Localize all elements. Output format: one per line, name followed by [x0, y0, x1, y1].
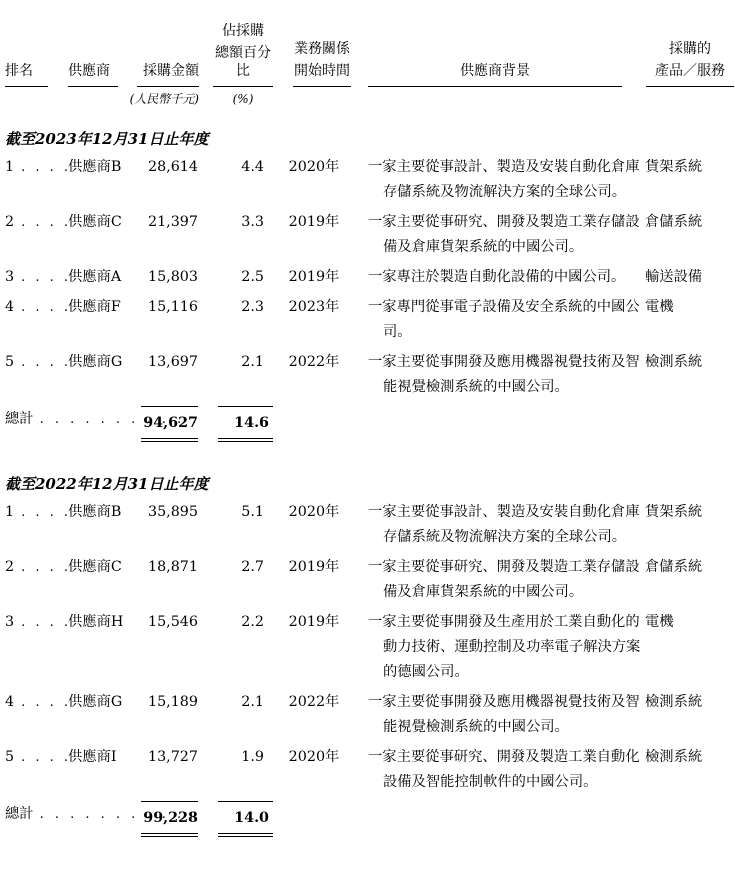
total-amount-cell: 94,627: [141, 406, 199, 442]
supplier-cell: 供應商A: [66, 265, 141, 290]
percentage-cell: 2.2: [199, 610, 273, 635]
table-row: 4. . . . 供應商F 15,116 2.3 2023年 一家專門從事電子設…: [5, 295, 735, 345]
rank-number: 2: [5, 214, 14, 230]
product-header-line2: 產品／服務: [646, 62, 734, 87]
table-row: 5. . . . 供應商G 13,697 2.1 2022年 一家主要從事開發及…: [5, 350, 735, 400]
total-label: 總計: [5, 806, 34, 822]
rank-header-cell: 排名: [5, 62, 66, 87]
rank-cell: 1. . . .: [5, 155, 66, 180]
section-title-2023: 截至2023年12月31日止年度: [5, 127, 735, 151]
rank-number: 4: [5, 299, 14, 315]
rank-cell: 2. . . .: [5, 555, 66, 580]
background-cell: 一家主要從事研究、開發及製造工業存儲設備及倉庫貨架系統的中國公司。: [355, 210, 643, 260]
total-row-2023: 總計. . . . . . . . . . . 94,627 14.6: [5, 406, 735, 442]
supplier-cell: 供應商H: [66, 610, 141, 635]
total-amount-value: 99,228: [141, 801, 198, 837]
rank-number: 4: [5, 694, 14, 710]
supplier-cell: 供應商B: [66, 500, 141, 525]
background-cell: 一家主要從事開發及應用機器視覺技術及智能視覺檢測系統的中國公司。: [355, 350, 643, 400]
amount-cell: 15,546: [141, 610, 199, 635]
amount-unit-cell: (人民幣千元): [141, 91, 199, 107]
percentage-cell: 2.5: [199, 265, 273, 290]
background-header-cell: 供應商背景: [355, 62, 643, 87]
supplier-cell: 供應商I: [66, 745, 141, 770]
supplier-header-cell: 供應商: [66, 62, 141, 87]
amount-header-label: 採購金額: [137, 62, 199, 87]
table-row: 1. . . . 供應商B 35,895 5.1 2020年 一家主要從事設計、…: [5, 500, 735, 550]
table-row: 3. . . . 供應商H 15,546 2.2 2019年 一家主要從事開發及…: [5, 610, 735, 685]
supplier-cell: 供應商G: [66, 690, 141, 715]
amount-unit-label: (人民幣千元): [130, 91, 199, 107]
amount-cell: 35,895: [141, 500, 199, 525]
amount-cell: 21,397: [141, 210, 199, 235]
product-cell: 電機: [643, 610, 735, 635]
rank-cell: 2. . . .: [5, 210, 66, 235]
rank-cell: 5. . . .: [5, 350, 66, 375]
total-amount-value: 94,627: [141, 406, 198, 442]
rank-cell: 4. . . .: [5, 295, 66, 320]
rank-cell: 1. . . .: [5, 500, 66, 525]
total-percentage-cell: 14.6: [199, 406, 273, 442]
rank-leader-dots: . . . .: [21, 355, 71, 370]
relationship-start-cell: 2022年: [273, 350, 355, 375]
background-cell: 一家專注於製造自動化設備的中國公司。: [355, 265, 643, 290]
supplier-cell: 供應商B: [66, 155, 141, 180]
rank-number: 3: [5, 614, 14, 630]
product-cell: 檢測系統: [643, 350, 735, 375]
amount-cell: 15,116: [141, 295, 199, 320]
relationship-start-cell: 2023年: [273, 295, 355, 320]
amount-cell: 13,727: [141, 745, 199, 770]
relationship-header-line2: 開始時間: [293, 62, 351, 87]
table-row: 4. . . . 供應商G 15,189 2.1 2022年 一家主要從事開發及…: [5, 690, 735, 740]
table-row: 1. . . . 供應商B 28,614 4.4 2020年 一家主要從事設計、…: [5, 155, 735, 205]
total-amount-cell: 99,228: [141, 801, 199, 837]
rank-leader-dots: . . . .: [21, 505, 71, 520]
relationship-start-cell: 2019年: [273, 265, 355, 290]
rank-number: 3: [5, 269, 14, 285]
total-percentage-value: 14.0: [218, 801, 273, 837]
background-cell: 一家主要從事設計、製造及安裝自動化倉庫存儲系統及物流解決方案的全球公司。: [355, 155, 643, 205]
rank-leader-dots: . . . .: [21, 695, 71, 710]
product-cell: 貨架系統: [643, 500, 735, 525]
rank-number: 2: [5, 559, 14, 575]
rank-leader-dots: . . . .: [21, 270, 71, 285]
background-cell: 一家主要從事設計、製造及安裝自動化倉庫存儲系統及物流解決方案的全球公司。: [355, 500, 643, 550]
background-cell: 一家主要從事開發及應用機器視覺技術及智能視覺檢測系統的中國公司。: [355, 690, 643, 740]
amount-cell: 15,189: [141, 690, 199, 715]
background-cell: 一家主要從事研究、開發及製造工業自動化設備及智能控制軟件的中國公司。: [355, 745, 643, 795]
total-row-2022: 總計. . . . . . . . . . . 99,228 14.0: [5, 801, 735, 837]
rank-cell: 4. . . .: [5, 690, 66, 715]
total-label-cell: 總計. . . . . . . . . . .: [5, 802, 141, 837]
section-title-2022: 截至2022年12月31日止年度: [5, 472, 735, 496]
amount-cell: 15,803: [141, 265, 199, 290]
amount-header-cell: 採購金額: [141, 62, 199, 87]
supplier-cell: 供應商G: [66, 350, 141, 375]
product-cell: 檢測系統: [643, 690, 735, 715]
rank-leader-dots: . . . .: [21, 560, 71, 575]
total-label-cell: 總計. . . . . . . . . . .: [5, 407, 141, 442]
percentage-cell: 4.4: [199, 155, 273, 180]
supplier-cell: 供應商C: [66, 210, 141, 235]
percentage-cell: 1.9: [199, 745, 273, 770]
supplier-cell: 供應商F: [66, 295, 141, 320]
rank-number: 5: [5, 749, 14, 765]
table-unit-row: (人民幣千元) (%): [5, 91, 735, 107]
percentage-cell: 2.1: [199, 350, 273, 375]
percentage-header-line2: 總額百分比: [213, 44, 273, 87]
table-row: 2. . . . 供應商C 21,397 3.3 2019年 一家主要從事研究、…: [5, 210, 735, 260]
product-cell: 檢測系統: [643, 745, 735, 770]
percentage-header-cell: 佔採購 總額百分比: [199, 22, 273, 87]
percentage-cell: 3.3: [199, 210, 273, 235]
amount-cell: 13,697: [141, 350, 199, 375]
relationship-start-cell: 2019年: [273, 610, 355, 635]
relationship-header-line1: 業務關係: [293, 40, 351, 62]
table-row: 5. . . . 供應商I 13,727 1.9 2020年 一家主要從事研究、…: [5, 745, 735, 795]
table-row: 2. . . . 供應商C 18,871 2.7 2019年 一家主要從事研究、…: [5, 555, 735, 605]
percentage-cell: 2.7: [199, 555, 273, 580]
rank-leader-dots: . . . .: [21, 750, 71, 765]
relationship-start-cell: 2020年: [273, 155, 355, 180]
amount-cell: 28,614: [141, 155, 199, 180]
rank-header-label: 排名: [5, 62, 48, 87]
rank-cell: 3. . . .: [5, 265, 66, 290]
percentage-header-line1: 佔採購: [213, 22, 273, 44]
product-header-line1: 採購的: [646, 40, 734, 62]
percentage-unit-cell: (%): [199, 91, 273, 107]
product-header-cell: 採購的 產品／服務: [643, 40, 735, 87]
rank-leader-dots: . . . .: [21, 300, 71, 315]
rank-leader-dots: . . . .: [21, 215, 71, 230]
rank-number: 1: [5, 159, 14, 175]
table-row: 3. . . . 供應商A 15,803 2.5 2019年 一家專注於製造自動…: [5, 265, 735, 290]
relationship-start-cell: 2020年: [273, 745, 355, 770]
rank-cell: 5. . . .: [5, 745, 66, 770]
supplier-header-label: 供應商: [68, 62, 118, 87]
rank-cell: 3. . . .: [5, 610, 66, 635]
percentage-unit-label: (%): [213, 91, 273, 107]
total-percentage-cell: 14.0: [199, 801, 273, 837]
rank-leader-dots: . . . .: [21, 160, 71, 175]
total-label: 總計: [5, 411, 34, 427]
background-cell: 一家主要從事研究、開發及製造工業存儲設備及倉庫貨架系統的中國公司。: [355, 555, 643, 605]
rank-number: 1: [5, 504, 14, 520]
rank-number: 5: [5, 354, 14, 370]
product-cell: 倉儲系統: [643, 210, 735, 235]
percentage-cell: 2.1: [199, 690, 273, 715]
total-percentage-value: 14.6: [218, 406, 273, 442]
document-page: 排名 供應商 採購金額 佔採購 總額百分比 業務關係 開始時間 供應商背景 採購…: [0, 0, 735, 882]
relationship-start-cell: 2019年: [273, 555, 355, 580]
background-header-label: 供應商背景: [368, 62, 622, 87]
relationship-start-cell: 2020年: [273, 500, 355, 525]
product-cell: 輸送設備: [643, 265, 735, 290]
relationship-start-cell: 2022年: [273, 690, 355, 715]
percentage-cell: 2.3: [199, 295, 273, 320]
relationship-start-cell: 2019年: [273, 210, 355, 235]
rank-leader-dots: . . . .: [21, 615, 71, 630]
table-header: 排名 供應商 採購金額 佔採購 總額百分比 業務關係 開始時間 供應商背景 採購…: [5, 22, 735, 87]
background-cell: 一家專門從事電子設備及安全系統的中國公司。: [355, 295, 643, 345]
product-cell: 貨架系統: [643, 155, 735, 180]
background-cell: 一家主要從事開發及生產用於工業自動化的動力技術、運動控制及功率電子解決方案的德國…: [355, 610, 643, 685]
product-cell: 倉儲系統: [643, 555, 735, 580]
product-cell: 電機: [643, 295, 735, 320]
relationship-header-cell: 業務關係 開始時間: [273, 40, 355, 87]
percentage-cell: 5.1: [199, 500, 273, 525]
amount-cell: 18,871: [141, 555, 199, 580]
supplier-cell: 供應商C: [66, 555, 141, 580]
